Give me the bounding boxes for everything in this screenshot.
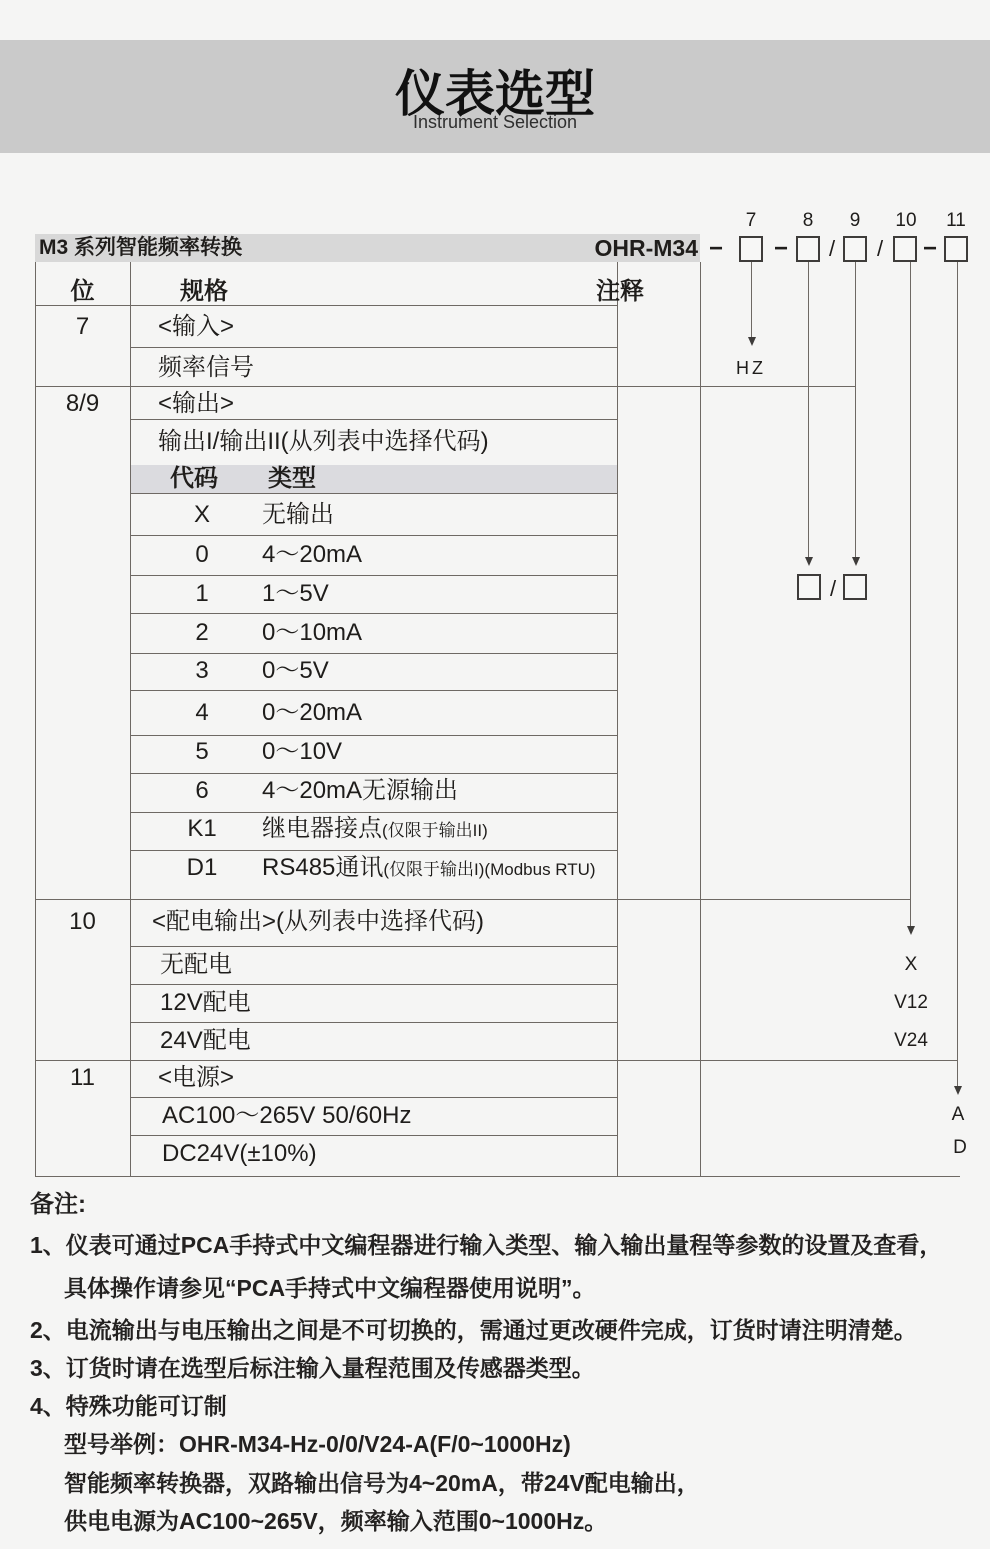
code-value: D1 xyxy=(167,854,237,882)
row89-spec-subtitle: 输出I/输出II(从列表中选择代码) xyxy=(158,428,489,456)
type-value: 0～10V xyxy=(262,738,342,765)
output1-box xyxy=(797,574,821,600)
code-value: 3 xyxy=(167,657,237,685)
digit-label-8: 8 xyxy=(788,210,828,232)
grid-line xyxy=(35,899,910,900)
model-series-label: M3 系列智能频率转换 xyxy=(39,234,242,262)
grid-line xyxy=(130,850,617,851)
code-value: 0 xyxy=(167,541,237,569)
page-banner: 仪表选型 Instrument Selection xyxy=(0,40,990,153)
row89-spec-title: <输出> xyxy=(158,390,234,418)
digit-label-10: 10 xyxy=(886,210,926,232)
column-divider xyxy=(130,262,131,1176)
grid-line xyxy=(35,1060,957,1061)
model-box-10 xyxy=(893,236,917,262)
grid-line xyxy=(130,984,617,985)
leader-line-8 xyxy=(808,262,809,557)
model-separator: − xyxy=(769,236,793,262)
model-series-bar: M3 系列智能频率转换 OHR-M34 xyxy=(35,234,700,262)
row10-option-code: V12 xyxy=(871,989,951,1017)
col-header-spec: 规格 xyxy=(180,278,228,306)
type-value: 继电器接点 xyxy=(262,815,382,842)
model-box-8 xyxy=(796,236,820,262)
digit-label-9: 9 xyxy=(835,210,875,232)
grid-line xyxy=(130,735,617,736)
table-border-right xyxy=(700,262,701,1176)
grid-line xyxy=(130,946,617,947)
type-value: 1～5V xyxy=(262,580,329,607)
note-line: 供电电源为AC100~265V，频率输入范围0~1000Hz。 xyxy=(64,1507,607,1535)
row10-option-spec: 无配电 xyxy=(160,951,232,979)
arrowhead-icon xyxy=(748,337,756,346)
model-box-7 xyxy=(739,236,763,262)
model-box-11 xyxy=(944,236,968,262)
grid-line xyxy=(130,653,617,654)
row11-option-spec: DC24V(±10%) xyxy=(162,1140,317,1168)
row11-option-spec: AC100～265V 50/60Hz xyxy=(162,1102,412,1130)
row89-position: 8/9 xyxy=(35,390,130,418)
model-separator: − xyxy=(704,236,728,262)
type-header: 类型 xyxy=(268,465,316,493)
arrowhead-icon xyxy=(907,926,915,935)
grid-line xyxy=(130,773,617,774)
row7-position: 7 xyxy=(35,313,130,341)
note-line: 4、特殊功能可订制 xyxy=(30,1392,227,1420)
note-line: 2、电流输出与电压输出之间是不可切换的，需通过更改硬件完成，订货时请注明清楚。 xyxy=(30,1316,917,1344)
row10-position: 10 xyxy=(35,908,130,936)
column-divider xyxy=(617,262,618,1176)
grid-line xyxy=(130,419,617,420)
type-suffix: (仅限于输出I)(Modbus RTU) xyxy=(383,860,595,879)
row11-option-code: A xyxy=(918,1101,990,1129)
notes-heading: 备注: xyxy=(30,1191,86,1219)
type-value: 4～20mA无源输出 xyxy=(262,777,458,804)
model-box-9 xyxy=(843,236,867,262)
row11-option-code: D xyxy=(920,1134,990,1162)
catalog-page: 仪表选型 Instrument Selection 7 8 9 10 11 M3… xyxy=(0,0,990,1549)
note-line: 智能频率转换器，双路输出信号为4~20mA，带24V配电输出， xyxy=(64,1469,700,1497)
code-value: 6 xyxy=(167,777,237,805)
code-value: 2 xyxy=(167,619,237,647)
row10-option-code: X xyxy=(871,951,951,979)
grid-line xyxy=(130,493,617,494)
output-slash: / xyxy=(821,576,845,602)
note-line: 1、仪表可通过PCA手持式中文编程器进行输入类型、输入输出量程等参数的设置及查看… xyxy=(30,1231,942,1259)
code-value: X xyxy=(167,501,237,529)
row10-option-code: V24 xyxy=(871,1027,951,1055)
leader-line-10 xyxy=(910,262,911,926)
output2-box xyxy=(843,574,867,600)
type-value: 0～5V xyxy=(262,657,329,684)
grid-line xyxy=(130,1022,617,1023)
leader-line-11 xyxy=(957,262,958,1086)
row11-spec-title: <电源> xyxy=(158,1064,234,1092)
code-value: K1 xyxy=(167,815,237,843)
row7-spec-title: <输入> xyxy=(158,313,234,341)
type-value: 0～10mA xyxy=(262,619,362,646)
note-line: 具体操作请参见“PCA手持式中文编程器使用说明”。 xyxy=(64,1274,596,1302)
model-separator-slash: / xyxy=(868,236,892,262)
grid-line xyxy=(130,1097,617,1098)
type-value: 4～20mA xyxy=(262,541,362,568)
row10-option-spec: 24V配电 xyxy=(160,1027,251,1055)
row10-spec-title: <配电输出>(从列表中选择代码) xyxy=(152,908,484,936)
model-separator: − xyxy=(918,236,942,262)
row7-spec-value: 频率信号 xyxy=(158,354,254,382)
table-bottom-border xyxy=(35,1176,960,1177)
arrowhead-icon xyxy=(954,1086,962,1095)
grid-line xyxy=(130,1135,617,1136)
type-value: 0～20mA xyxy=(262,699,362,726)
grid-line xyxy=(130,613,617,614)
grid-line xyxy=(130,535,617,536)
arrowhead-icon xyxy=(852,557,860,566)
type-value: RS485通讯 xyxy=(262,854,383,881)
note-line: 3、订货时请在选型后标注输入量程范围及传感器类型。 xyxy=(30,1354,595,1382)
leader-line-9 xyxy=(855,262,856,557)
note-line-model-example: 型号举例：OHR-M34-Hz-0/0/V24-A(F/0~1000Hz) xyxy=(64,1430,571,1458)
digit-label-7: 7 xyxy=(731,210,771,232)
grid-line xyxy=(130,812,617,813)
arrowhead-icon xyxy=(805,557,813,566)
page-subtitle: Instrument Selection xyxy=(0,112,990,133)
row10-option-spec: 12V配电 xyxy=(160,989,251,1017)
leader-line-7 xyxy=(751,262,752,337)
row7-note-code: HZ xyxy=(711,354,791,382)
model-separator-slash: / xyxy=(820,236,844,262)
col-header-note: 注释 xyxy=(583,278,657,306)
col-header-position: 位 xyxy=(35,278,130,306)
code-header: 代码 xyxy=(170,465,218,493)
type-suffix: (仅限于输出II) xyxy=(382,821,488,840)
model-prefix: OHR-M34 xyxy=(594,234,698,262)
code-value: 4 xyxy=(167,699,237,727)
grid-line xyxy=(130,690,617,691)
row11-position: 11 xyxy=(35,1064,130,1092)
type-value: 无输出 xyxy=(262,501,334,528)
code-value: 1 xyxy=(167,580,237,608)
grid-line xyxy=(35,386,855,387)
grid-line xyxy=(130,347,617,348)
digit-label-11: 11 xyxy=(936,210,976,232)
code-value: 5 xyxy=(167,738,237,766)
grid-line xyxy=(130,575,617,576)
